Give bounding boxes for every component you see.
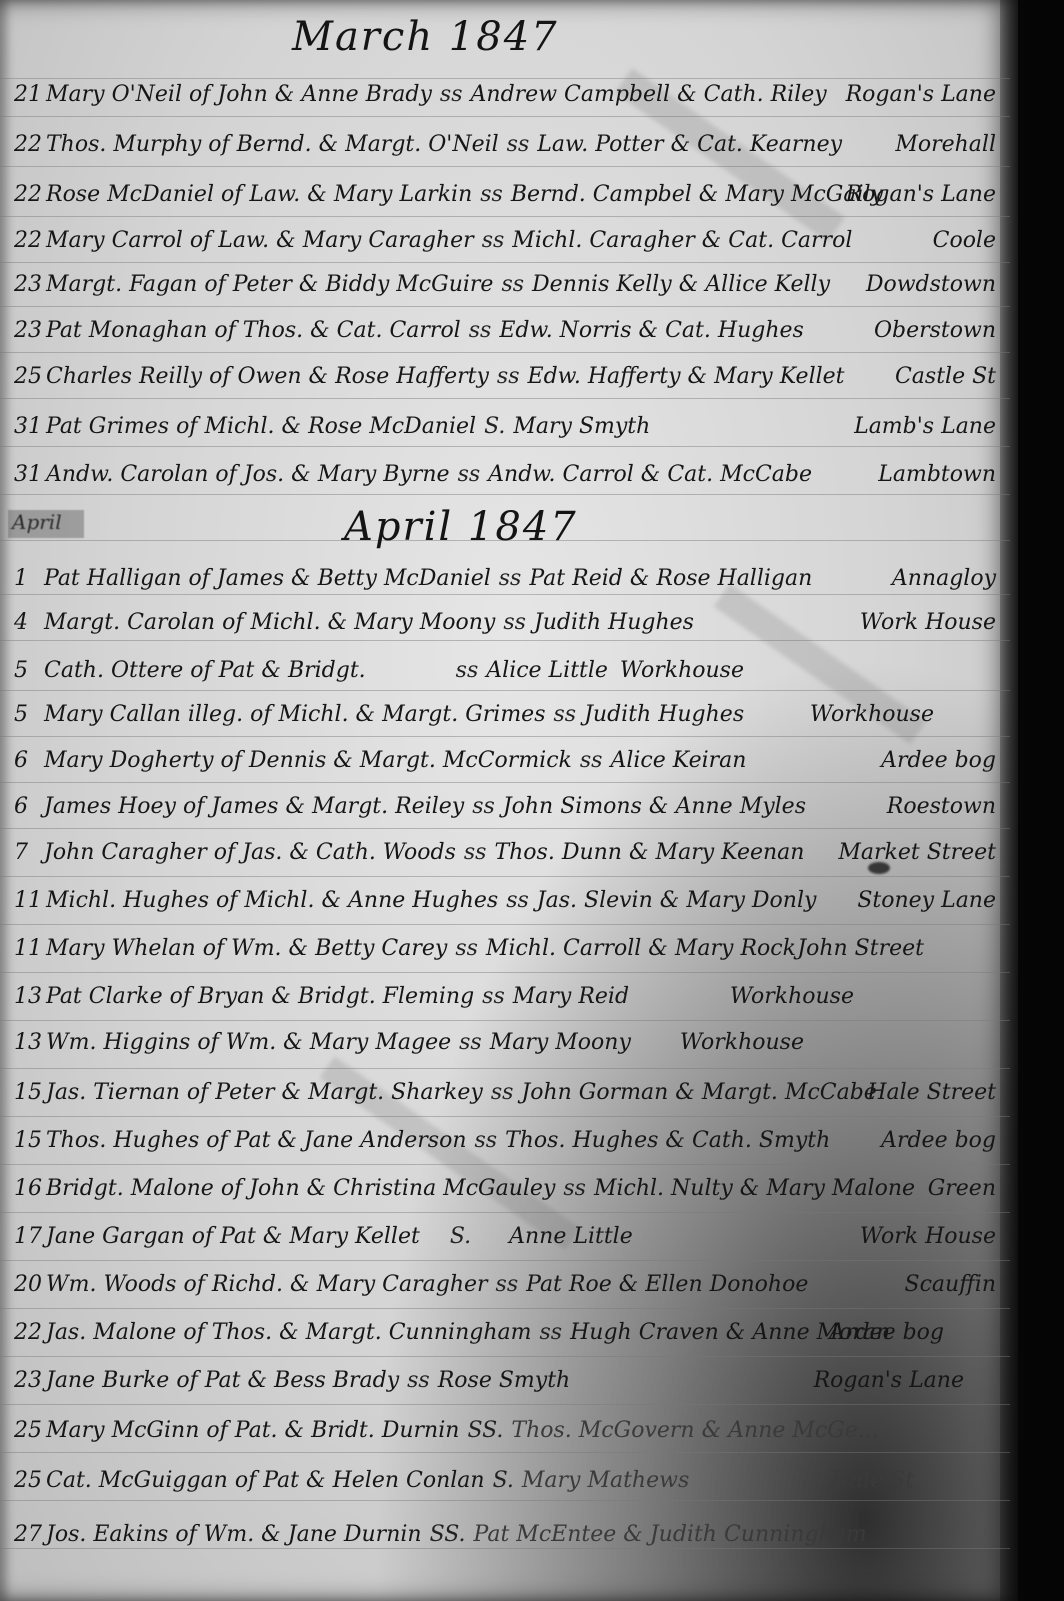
entry-parents: of Pat & Jane Anderson (206, 1128, 466, 1153)
entry-sponsors-prefix: ss (475, 1128, 498, 1153)
register-entry: 31 Pat Grimes of Michl. & Rose McDaniel … (14, 414, 1004, 454)
entry-day: 31 (14, 414, 42, 439)
entry-sponsors-prefix: SS. (430, 1522, 466, 1547)
entry-abode: Roestown (887, 794, 996, 819)
entry-child: Thos. Murphy (46, 132, 201, 157)
entry-parents: of Wm. & Betty Carey (203, 936, 448, 961)
entry-day: 22 (14, 1320, 42, 1345)
entry-child: Pat Grimes (46, 414, 169, 439)
entry-parents: of Wm. & Jane Durnin (175, 1522, 421, 1547)
entry-day: 22 (14, 182, 42, 207)
entry-sponsors: Pat McEntee & Judith Cunningham (474, 1522, 867, 1547)
entry-sponsors: Alice Little (486, 658, 608, 683)
register-entry: 7 John Caragher of Jas. & Cath. Woods ss… (14, 840, 1004, 880)
entry-child: Cath. Ottere (44, 658, 183, 683)
entry-day: 4 (14, 610, 40, 635)
entry-sponsors: Andrew Campbell & Cath. Riley (471, 82, 827, 107)
entry-sponsors-prefix: ss (458, 462, 481, 487)
entry-sponsors: Rose Smyth (438, 1368, 570, 1393)
entry-sponsors: Edw. Norris & Cat. Hughes (499, 318, 803, 343)
entry-day: 11 (14, 936, 42, 961)
entry-parents: of Wm. & Mary Magee (197, 1030, 451, 1055)
register-entry: 22 Jas. Malone of Thos. & Margt. Cunning… (14, 1320, 1004, 1360)
entry-day: 7 (14, 840, 40, 865)
entry-sponsors: Michl. Carroll & Mary Rock (486, 936, 796, 961)
entry-sponsors-prefix: ss (497, 364, 520, 389)
entry-child: Charles Reilly (46, 364, 202, 389)
entry-day: 23 (14, 1368, 42, 1393)
entry-sponsors-prefix: ss (506, 888, 529, 913)
entry-child: James Hoey (44, 794, 176, 819)
entry-sponsors: Mary Mathews (522, 1468, 689, 1493)
entry-sponsors-prefix: ss (472, 794, 495, 819)
entry-sponsors-prefix: ss (499, 566, 522, 591)
entry-parents: of Michl. & Anne Hughes (216, 888, 498, 913)
entry-sponsors-prefix: ss (464, 840, 487, 865)
register-entry: 22 Mary Carrol of Law. & Mary Caragher s… (14, 228, 1004, 268)
entry-abode: Rogan's Lane (846, 82, 996, 107)
register-entry: 23 Pat Monaghan of Thos. & Cat. Carrol s… (14, 318, 1004, 358)
entry-child: Pat Monaghan (46, 318, 207, 343)
entry-child: Mary Dogherty (44, 748, 214, 773)
entry-day: 27 (14, 1522, 42, 1547)
entry-sponsors: Dennis Kelly & Allice Kelly (532, 272, 830, 297)
register-entry: 6 Mary Dogherty of Dennis & Margt. McCor… (14, 748, 1004, 788)
register-entry: 20 Wm. Woods of Richd. & Mary Caragher s… (14, 1272, 1004, 1312)
entry-abode: Hale St (831, 1468, 914, 1493)
entry-sponsors-prefix: SS. (467, 1418, 503, 1443)
register-entry: 17 Jane Gargan of Pat & Mary Kellet S. A… (14, 1224, 1004, 1264)
register-entry: 1 Pat Halligan of James & Betty McDaniel… (14, 566, 1004, 606)
entry-parents: of Peter & Margt. Sharkey (187, 1080, 483, 1105)
entry-abode: Lamb's Lane (854, 414, 996, 439)
register-entry: 15 Jas. Tiernan of Peter & Margt. Sharke… (14, 1080, 1004, 1120)
entry-sponsors: Anne Little (509, 1224, 633, 1249)
entry-child: John Caragher (44, 840, 207, 865)
entry-parents: of Michl. & Mary Moony (222, 610, 495, 635)
entry-sponsors: Alice Keiran (610, 748, 746, 773)
entry-child: Thos. Hughes (46, 1128, 199, 1153)
entry-sponsors-prefix: ss (455, 936, 478, 961)
entry-sponsors-prefix: S. (450, 1224, 471, 1249)
register-entry: 25 Cat. McGuiggan of Pat & Helen Conlan … (14, 1468, 1004, 1508)
entry-abode: Work House (860, 610, 996, 635)
entry-abode: Workhouse (680, 1030, 804, 1055)
entry-sponsors: Thos. McGovern & Anne McGe... (511, 1418, 878, 1443)
register-entry: 5 Cath. Ottere of Pat & Bridgt. ss Alice… (14, 658, 1004, 698)
entry-sponsors-prefix: ss (563, 1176, 586, 1201)
register-entry: 13 Pat Clarke of Bryan & Bridgt. Fleming… (14, 984, 1004, 1024)
register-entry: 13 Wm. Higgins of Wm. & Mary Magee ss Ma… (14, 1030, 1004, 1070)
entry-sponsors-prefix: ss (456, 658, 479, 683)
register-entry: 27 Jos. Eakins of Wm. & Jane Durnin SS. … (14, 1522, 1004, 1562)
entry-day: 20 (14, 1272, 42, 1297)
entry-day: 23 (14, 272, 42, 297)
entry-child: Jane Gargan (46, 1224, 185, 1249)
entry-day: 11 (14, 888, 42, 913)
entry-sponsors-prefix: ss (491, 1080, 514, 1105)
entry-day: 25 (14, 364, 42, 389)
register-entry: 4 Margt. Carolan of Michl. & Mary Moony … (14, 610, 1004, 650)
register-entry: 16 Bridgt. Malone of John & Christina Mc… (14, 1176, 1004, 1216)
entry-day: 21 (14, 82, 42, 107)
entry-parents: of Jos. & Mary Byrne (215, 462, 449, 487)
entry-parents: of Owen & Rose Hafferty (209, 364, 489, 389)
entry-day: 1 (14, 566, 40, 591)
entry-parents: of Peter & Biddy McGuire (204, 272, 493, 297)
entry-abode: Morehall (895, 132, 996, 157)
entry-sponsors: Edw. Hafferty & Mary Kellet (528, 364, 845, 389)
register-entry: 5 Mary Callan illeg. of Michl. & Margt. … (14, 702, 1004, 742)
entry-abode: Workhouse (810, 702, 934, 727)
entry-sponsors: Thos. Dunn & Mary Keenan (494, 840, 804, 865)
entry-abode: Green (928, 1176, 996, 1201)
entry-sponsors: Mary Reid (513, 984, 629, 1009)
entry-abode: Work House (860, 1224, 996, 1249)
entry-abode: Ardee bog (829, 1320, 944, 1345)
entry-child: Jas. Malone (46, 1320, 176, 1345)
entry-child: Jas. Tiernan (46, 1080, 180, 1105)
entry-day: 13 (14, 1030, 42, 1055)
entry-day: 5 (14, 702, 40, 727)
entry-sponsors-prefix: ss (480, 182, 503, 207)
entry-day: 6 (14, 794, 40, 819)
entry-sponsors: Mary Moony (490, 1030, 631, 1055)
entry-sponsors-prefix: ss (501, 272, 524, 297)
entry-abode: Hale Street (867, 1080, 996, 1105)
entry-child: Cat. McGuiggan (46, 1468, 228, 1493)
register-entry: 15 Thos. Hughes of Pat & Jane Anderson s… (14, 1128, 1004, 1168)
entry-sponsors: Andw. Carrol & Cat. McCabe (488, 462, 812, 487)
entry-day: 15 (14, 1080, 42, 1105)
entry-sponsors-prefix: ss (507, 132, 530, 157)
entry-parents: of Pat. & Bridt. Durnin (206, 1418, 459, 1443)
entry-parents: of Michl. & Rose McDaniel (176, 414, 476, 439)
entry-sponsors-prefix: S. (484, 414, 505, 439)
entry-parents: of Pat & Mary Kellet (192, 1224, 420, 1249)
entry-parents: of Bryan & Bridgt. Fleming (170, 984, 475, 1009)
entry-parents: of Michl. & Margt. Grimes (250, 702, 545, 727)
entry-abode: Market Street (838, 840, 996, 865)
entry-sponsors-prefix: ss (580, 748, 603, 773)
entry-day: 5 (14, 658, 40, 683)
entry-parents: of Bernd. & Margt. O'Neil (208, 132, 498, 157)
entry-sponsors: Jas. Slevin & Mary Donly (537, 888, 817, 913)
entry-abode: Stoney Lane (857, 888, 996, 913)
entry-sponsors: Bernd. Campbel & Mary McGaily (511, 182, 883, 207)
entry-sponsors: Judith Hughes (534, 610, 694, 635)
entry-sponsors: Michl. Caragher & Cat. Carrol (512, 228, 852, 253)
entry-sponsors-prefix: ss (469, 318, 492, 343)
entry-sponsors-prefix: ss (482, 228, 505, 253)
entry-sponsors: Judith Hughes (584, 702, 744, 727)
entry-parents: of James & Margt. Reiley (183, 794, 464, 819)
entry-day: 25 (14, 1418, 42, 1443)
entry-abode: Scauffin (905, 1272, 996, 1297)
entry-abode: Coole (933, 228, 996, 253)
entry-child: Pat Clarke (46, 984, 163, 1009)
entry-child: Mary McGinn (46, 1418, 199, 1443)
entry-abode: John Street (797, 936, 924, 961)
entry-child: Rose McDaniel (46, 182, 214, 207)
entry-abode: Workhouse (730, 984, 854, 1009)
entry-sponsors-prefix: ss (496, 1272, 519, 1297)
entry-day: 6 (14, 748, 40, 773)
register-entry: 25 Charles Reilly of Owen & Rose Haffert… (14, 364, 1004, 404)
register-entry: 23 Margt. Fagan of Peter & Biddy McGuire… (14, 272, 1004, 312)
entry-sponsors-prefix: ss (440, 82, 463, 107)
entry-day: 22 (14, 132, 42, 157)
entry-child: Jane Burke (46, 1368, 169, 1393)
entry-sponsors: Pat Reid & Rose Halligan (529, 566, 812, 591)
entry-abode: Castle St (895, 364, 996, 389)
entry-parents: of Thos. & Cat. Carrol (214, 318, 460, 343)
entry-child: Bridgt. Malone (46, 1176, 214, 1201)
entry-parents: of Thos. & Margt. Cunningham (183, 1320, 531, 1345)
entry-parents: of John & Anne Brady (189, 82, 432, 107)
entry-sponsors-prefix: ss (459, 1030, 482, 1055)
register-entry: 22 Rose McDaniel of Law. & Mary Larkin s… (14, 182, 1004, 222)
entry-abode: Ardee bog (881, 1128, 996, 1153)
margin-note: April (8, 510, 84, 538)
entry-sponsors: Thos. Hughes & Cath. Smyth (505, 1128, 830, 1153)
entry-sponsors-prefix: S. (493, 1468, 514, 1493)
entry-sponsors-prefix: ss (407, 1368, 430, 1393)
entry-child: Mary Whelan (46, 936, 196, 961)
entry-sponsors: Mary Smyth (513, 414, 650, 439)
entry-sponsors-prefix: ss (554, 702, 577, 727)
entry-day: 31 (14, 462, 42, 487)
entry-parents: of Law. & Mary Caragher (190, 228, 474, 253)
entry-parents: of Law. & Mary Larkin (221, 182, 472, 207)
entry-day: 13 (14, 984, 42, 1009)
entry-sponsors: John Gorman & Margt. McCabe (521, 1080, 876, 1105)
entry-child: Mary Callan illeg. (44, 702, 243, 727)
entry-day: 22 (14, 228, 42, 253)
entry-child: Margt. Fagan (46, 272, 197, 297)
entry-day: 17 (14, 1224, 42, 1249)
register-entry: 6 James Hoey of James & Margt. Reiley ss… (14, 794, 1004, 834)
entry-sponsors-prefix: ss (482, 984, 505, 1009)
entry-child: Mary O'Neil (46, 82, 182, 107)
entry-abode: Dowdstown (866, 272, 996, 297)
entry-child: Michl. Hughes (46, 888, 209, 913)
page-edge-shadow (1000, 0, 1064, 1601)
entry-sponsors: Pat Roe & Ellen Donohoe (526, 1272, 808, 1297)
entry-abode: Rogan's Lane (814, 1368, 964, 1393)
register-entry: 21 Mary O'Neil of John & Anne Brady ss A… (14, 82, 1004, 122)
register-entry: 23 Jane Burke of Pat & Bess Brady ss Ros… (14, 1368, 1004, 1408)
entry-day: 25 (14, 1468, 42, 1493)
register-entry: 22 Thos. Murphy of Bernd. & Margt. O'Nei… (14, 132, 1004, 172)
entry-day: 16 (14, 1176, 42, 1201)
entry-parents: of John & Christina McGauley (221, 1176, 556, 1201)
register-entry: 11 Mary Whelan of Wm. & Betty Carey ss M… (14, 936, 1004, 976)
month-heading-april: April 1847 (344, 504, 578, 550)
entry-sponsors-prefix: ss (540, 1320, 563, 1345)
entry-child: Jos. Eakins (46, 1522, 168, 1547)
entry-abode: Annagloy (892, 566, 996, 591)
entry-parents: of Jas. & Cath. Woods (214, 840, 456, 865)
register-entry: 25 Mary McGinn of Pat. & Bridt. Durnin S… (14, 1418, 1004, 1458)
ruled-line (0, 78, 1010, 79)
entry-sponsors: Michl. Nulty & Mary Malone (594, 1176, 915, 1201)
register-entry: 31 Andw. Carolan of Jos. & Mary Byrne ss… (14, 462, 1004, 502)
entry-parents: of James & Betty McDaniel (189, 566, 491, 591)
entry-sponsors: Law. Potter & Cat. Kearney (537, 132, 842, 157)
entry-child: Wm. Higgins (46, 1030, 190, 1055)
entry-child: Wm. Woods (46, 1272, 176, 1297)
entry-abode: Lambtown (878, 462, 996, 487)
entry-parents: of Pat & Helen Conlan (235, 1468, 485, 1493)
entry-abode: Workhouse (620, 658, 744, 683)
entry-abode: Ardee bog (881, 748, 996, 773)
entry-parents: of Dennis & Margt. McCormick (221, 748, 572, 773)
entry-child: Pat Halligan (44, 566, 182, 591)
entry-sponsors-prefix: ss (503, 610, 526, 635)
entry-parents: of Pat & Bess Brady (176, 1368, 399, 1393)
month-heading-march: March 1847 (292, 14, 559, 60)
entry-parents: of Richd. & Mary Caragher (183, 1272, 487, 1297)
entry-child: Mary Carrol (46, 228, 183, 253)
entry-sponsors: John Simons & Anne Myles (503, 794, 806, 819)
entry-day: 23 (14, 318, 42, 343)
entry-parents: of Pat & Bridgt. (190, 658, 365, 683)
entry-day: 15 (14, 1128, 42, 1153)
entry-abode: Oberstown (874, 318, 996, 343)
entry-child: Andw. Carolan (46, 462, 208, 487)
register-entry: 11 Michl. Hughes of Michl. & Anne Hughes… (14, 888, 1004, 928)
entry-child: Margt. Carolan (44, 610, 215, 635)
entry-abode: Rogan's Lane (846, 182, 996, 207)
